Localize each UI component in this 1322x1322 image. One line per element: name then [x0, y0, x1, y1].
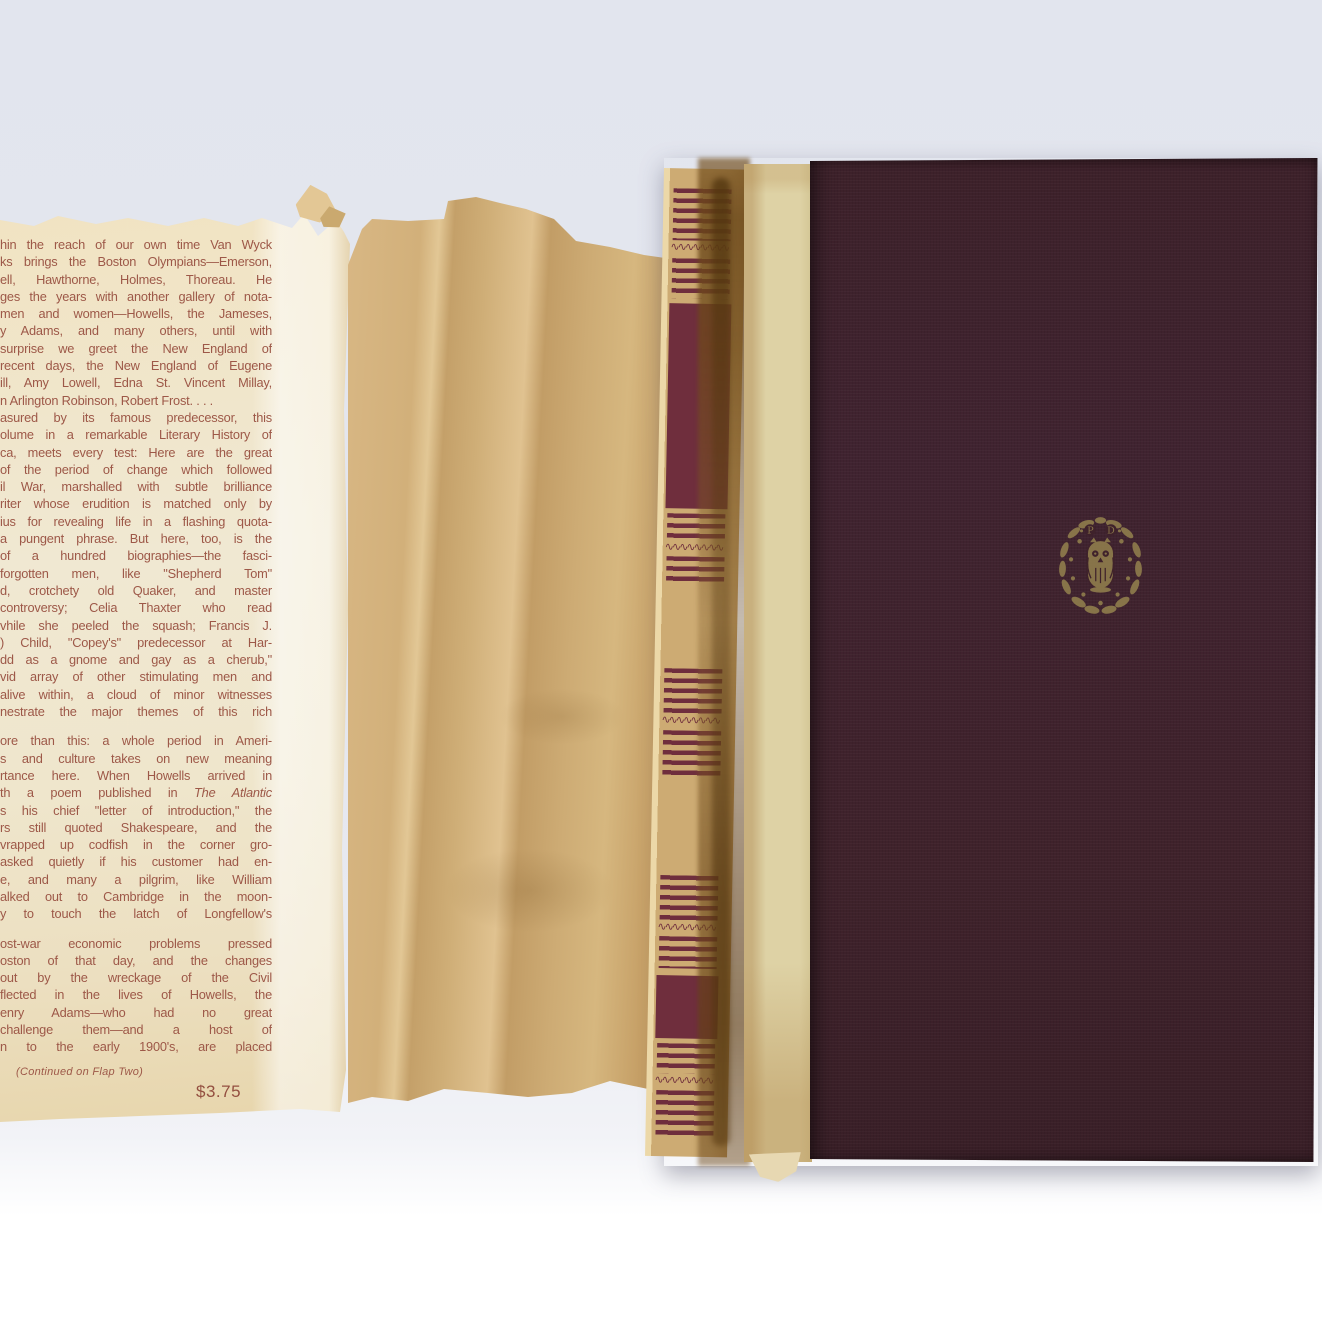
- flap-line: vhile she peeled the squash; Francis J.: [0, 617, 272, 634]
- flap-line: n to the early 1900's, are placed: [0, 1038, 272, 1055]
- flap-line: d, crotchety old Quaker, and master: [0, 582, 272, 599]
- flap-line: hin the reach of our own time Van Wyck: [0, 236, 272, 253]
- publisher-owl-emblem: P D: [1053, 511, 1148, 621]
- flap-line: surprise we greet the New England of: [0, 340, 272, 357]
- flap-line: alked out to Cambridge in the moon-: [0, 888, 272, 905]
- water-stain: [712, 178, 730, 1146]
- flap-line: ill, Amy Lowell, Edna St. Vincent Millay…: [0, 374, 272, 391]
- flap-line: oston of that day, and the changes: [0, 952, 272, 969]
- flap-line: rtance here. When Howells arrived in: [0, 767, 272, 784]
- flap-line: y Adams, and many others, until with: [0, 322, 272, 339]
- front-cover: P D: [810, 158, 1318, 1162]
- owl: [1087, 538, 1114, 593]
- flap-paragraph: hin the reach of our own time Van Wyckks…: [0, 236, 272, 409]
- dust-jacket-flap: hin the reach of our own time Van Wyckks…: [0, 210, 350, 1125]
- svg-text:D: D: [1107, 526, 1115, 537]
- flap-line: out by the wreckage of the Civil: [0, 969, 272, 986]
- flap-line: ost-war economic problems pressed: [0, 935, 272, 952]
- cloth-spine-strip: [744, 164, 812, 1162]
- jacket-reverse-paper: [348, 195, 672, 1110]
- book: ∿∿∿∿∿∿∿∿ ∿∿∿∿∿∿∿∿ ∿∿∿∿∿∿∿∿ ∿∿∿∿∿∿∿∿ ∿∿∿∿…: [664, 158, 1318, 1166]
- flap-price: $3.75: [196, 1082, 241, 1102]
- flap-line: asured by its famous predecessor, this: [0, 409, 272, 426]
- emblem-initials: P D: [1084, 524, 1116, 537]
- flap-line: e, and many a pilgrim, like William: [0, 871, 272, 888]
- flap-line: vid array of other stimulating men and: [0, 668, 272, 685]
- flap-line: vrapped up codfish in the corner gro-: [0, 836, 272, 853]
- flap-line: controversy; Celia Thaxter who read: [0, 599, 272, 616]
- flap-paragraph: ore than this: a whole period in Ameri-s…: [0, 732, 272, 922]
- flap-line: challenge them—and a host of: [0, 1021, 272, 1038]
- flap-line: th a poem published in The Atlantic: [0, 784, 272, 801]
- flap-line: nestrate the major themes of this rich: [0, 703, 272, 720]
- flap-line: a pungent phrase. But here, too, is the: [0, 530, 272, 547]
- flap-line: of a hundred biographies—the fasci-: [0, 547, 272, 564]
- flap-text: hin the reach of our own time Van Wyckks…: [0, 236, 272, 1056]
- flap-line: il War, marshalled with subtle brillianc…: [0, 478, 272, 495]
- svg-text:P: P: [1087, 526, 1094, 537]
- flap-line: asked quietly if his customer had en-: [0, 853, 272, 870]
- flap-line: flected in the lives of Howells, the: [0, 986, 272, 1003]
- flap-line: s his chief "letter of introduction," th…: [0, 802, 272, 819]
- flap-continued-note: (Continued on Flap Two): [16, 1066, 143, 1078]
- flap-line: ius for revealing life in a flashing quo…: [0, 513, 272, 530]
- flap-paragraph: ost-war economic problems pressedoston o…: [0, 935, 272, 1056]
- flap-line: n Arlington Robinson, Robert Frost. . . …: [0, 392, 272, 409]
- flap-line: riter whose erudition is matched only by: [0, 495, 272, 512]
- flap-line: alive within, a cloud of minor witnesses: [0, 686, 272, 703]
- flap-line: dd as a gnome and gay as a cherub,": [0, 651, 272, 668]
- flap-line: of the period of change which followed: [0, 461, 272, 478]
- flap-line: recent days, the New England of Eugene: [0, 357, 272, 374]
- flap-line: ore than this: a whole period in Ameri-: [0, 732, 272, 749]
- torn-cloth-corner: [749, 1150, 803, 1184]
- flap-line: y to touch the latch of Longfellow's: [0, 905, 272, 922]
- flap-line: ell, Hawthorne, Holmes, Thoreau. He: [0, 271, 272, 288]
- flap-line: ges the years with another gallery of no…: [0, 288, 272, 305]
- flap-paragraph: asured by its famous predecessor, thisol…: [0, 409, 272, 720]
- flap-line: s and culture takes on new meaning: [0, 750, 272, 767]
- flap-line: ca, meets every test: Here are the great: [0, 444, 272, 461]
- flap-line: forgotten men, like "Shepherd Tom": [0, 565, 272, 582]
- book-photo: hin the reach of our own time Van Wyckks…: [0, 0, 1322, 1322]
- flap-line: ks brings the Boston Olympians—Emerson,: [0, 253, 272, 270]
- flap-line: men and women—Howells, the Jameses,: [0, 305, 272, 322]
- flap-line: enry Adams—who had no great: [0, 1004, 272, 1021]
- flap-line: rs still quoted Shakespeare, and the: [0, 819, 272, 836]
- flap-line: ) Child, "Copey's" predecessor at Har-: [0, 634, 272, 651]
- flap-line: olume in a remarkable Literary History o…: [0, 426, 272, 443]
